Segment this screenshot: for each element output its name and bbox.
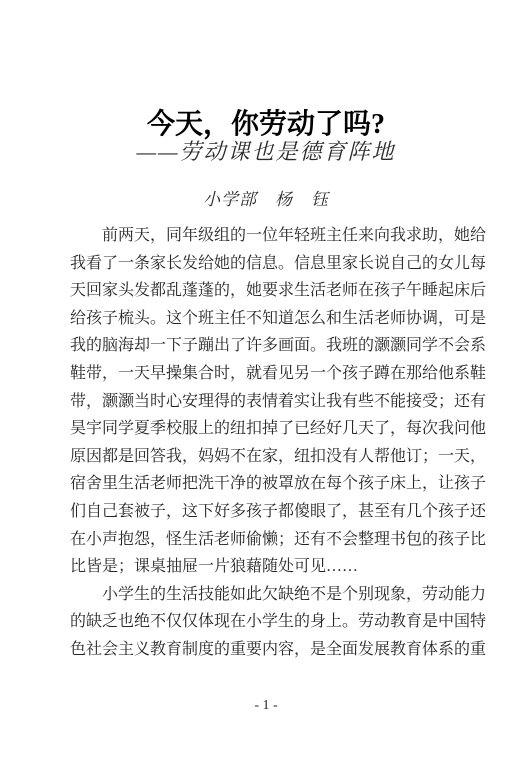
body-line: 鞋带，一天早操集合时，就看见另一个孩子蹲在那给他系鞋 bbox=[70, 360, 473, 388]
body-line: 带，灏灏当时心安理得的表情着实让我有些不能接受；还有 bbox=[70, 388, 473, 416]
body-line: 我看了一条家长发给她的信息。信息里家长说自己的女儿每 bbox=[70, 250, 473, 278]
body-line: 原因都是回答我，妈妈不在家，纽扣没有人帮他订；一天， bbox=[70, 443, 473, 471]
body-line: 我的脑海却一下子蹦出了许多画面。我班的灏灏同学不会系 bbox=[70, 332, 473, 360]
body-line: 在小声抱怨，怪生活老师偷懒；还有不会整理书包的孩子比 bbox=[70, 526, 473, 554]
body-line: 天回家头发都乱蓬蓬的，她要求生活老师在孩子午睡起床后 bbox=[70, 277, 473, 305]
body-line: 给孩子梳头。这个班主任不知道怎么和生活老师协调，可是 bbox=[70, 305, 473, 333]
body-line: 昊宇同学夏季校服上的纽扣掉了已经好几天了，每次我问他 bbox=[70, 415, 473, 443]
body-line: 比皆是；课桌抽屉一片狼藉随处可见…… bbox=[70, 553, 473, 581]
body-line: 宿舍里生活老师把洗干净的被罩放在每个孩子床上，让孩子 bbox=[70, 470, 473, 498]
byline-author: 小学部 杨 钰 bbox=[0, 188, 532, 212]
body-line: 色社会主义教育制度的重要内容，是全面发展教育体系的重 bbox=[70, 636, 473, 664]
document-page: 今天，你劳动了吗? ——劳动课也是德育阵地 小学部 杨 钰 前两天，同年级组的一… bbox=[0, 0, 532, 768]
body-line: 的缺乏也绝不仅仅体现在小学生的身上。劳动教育是中国特 bbox=[70, 608, 473, 636]
page-number: - 1 - bbox=[0, 696, 532, 716]
body-line: 前两天，同年级组的一位年轻班主任来向我求助，她给 bbox=[70, 222, 473, 250]
body-line: 小学生的生活技能如此欠缺绝不是个别现象，劳动能力 bbox=[70, 581, 473, 609]
article-body: 前两天，同年级组的一位年轻班主任来向我求助，她给 我看了一条家长发给她的信息。信… bbox=[70, 222, 473, 664]
article-subtitle: ——劳动课也是德育阵地 bbox=[0, 137, 532, 167]
body-line: 们自己套被子，这下好多孩子都傻眼了，甚至有几个孩子还 bbox=[70, 498, 473, 526]
